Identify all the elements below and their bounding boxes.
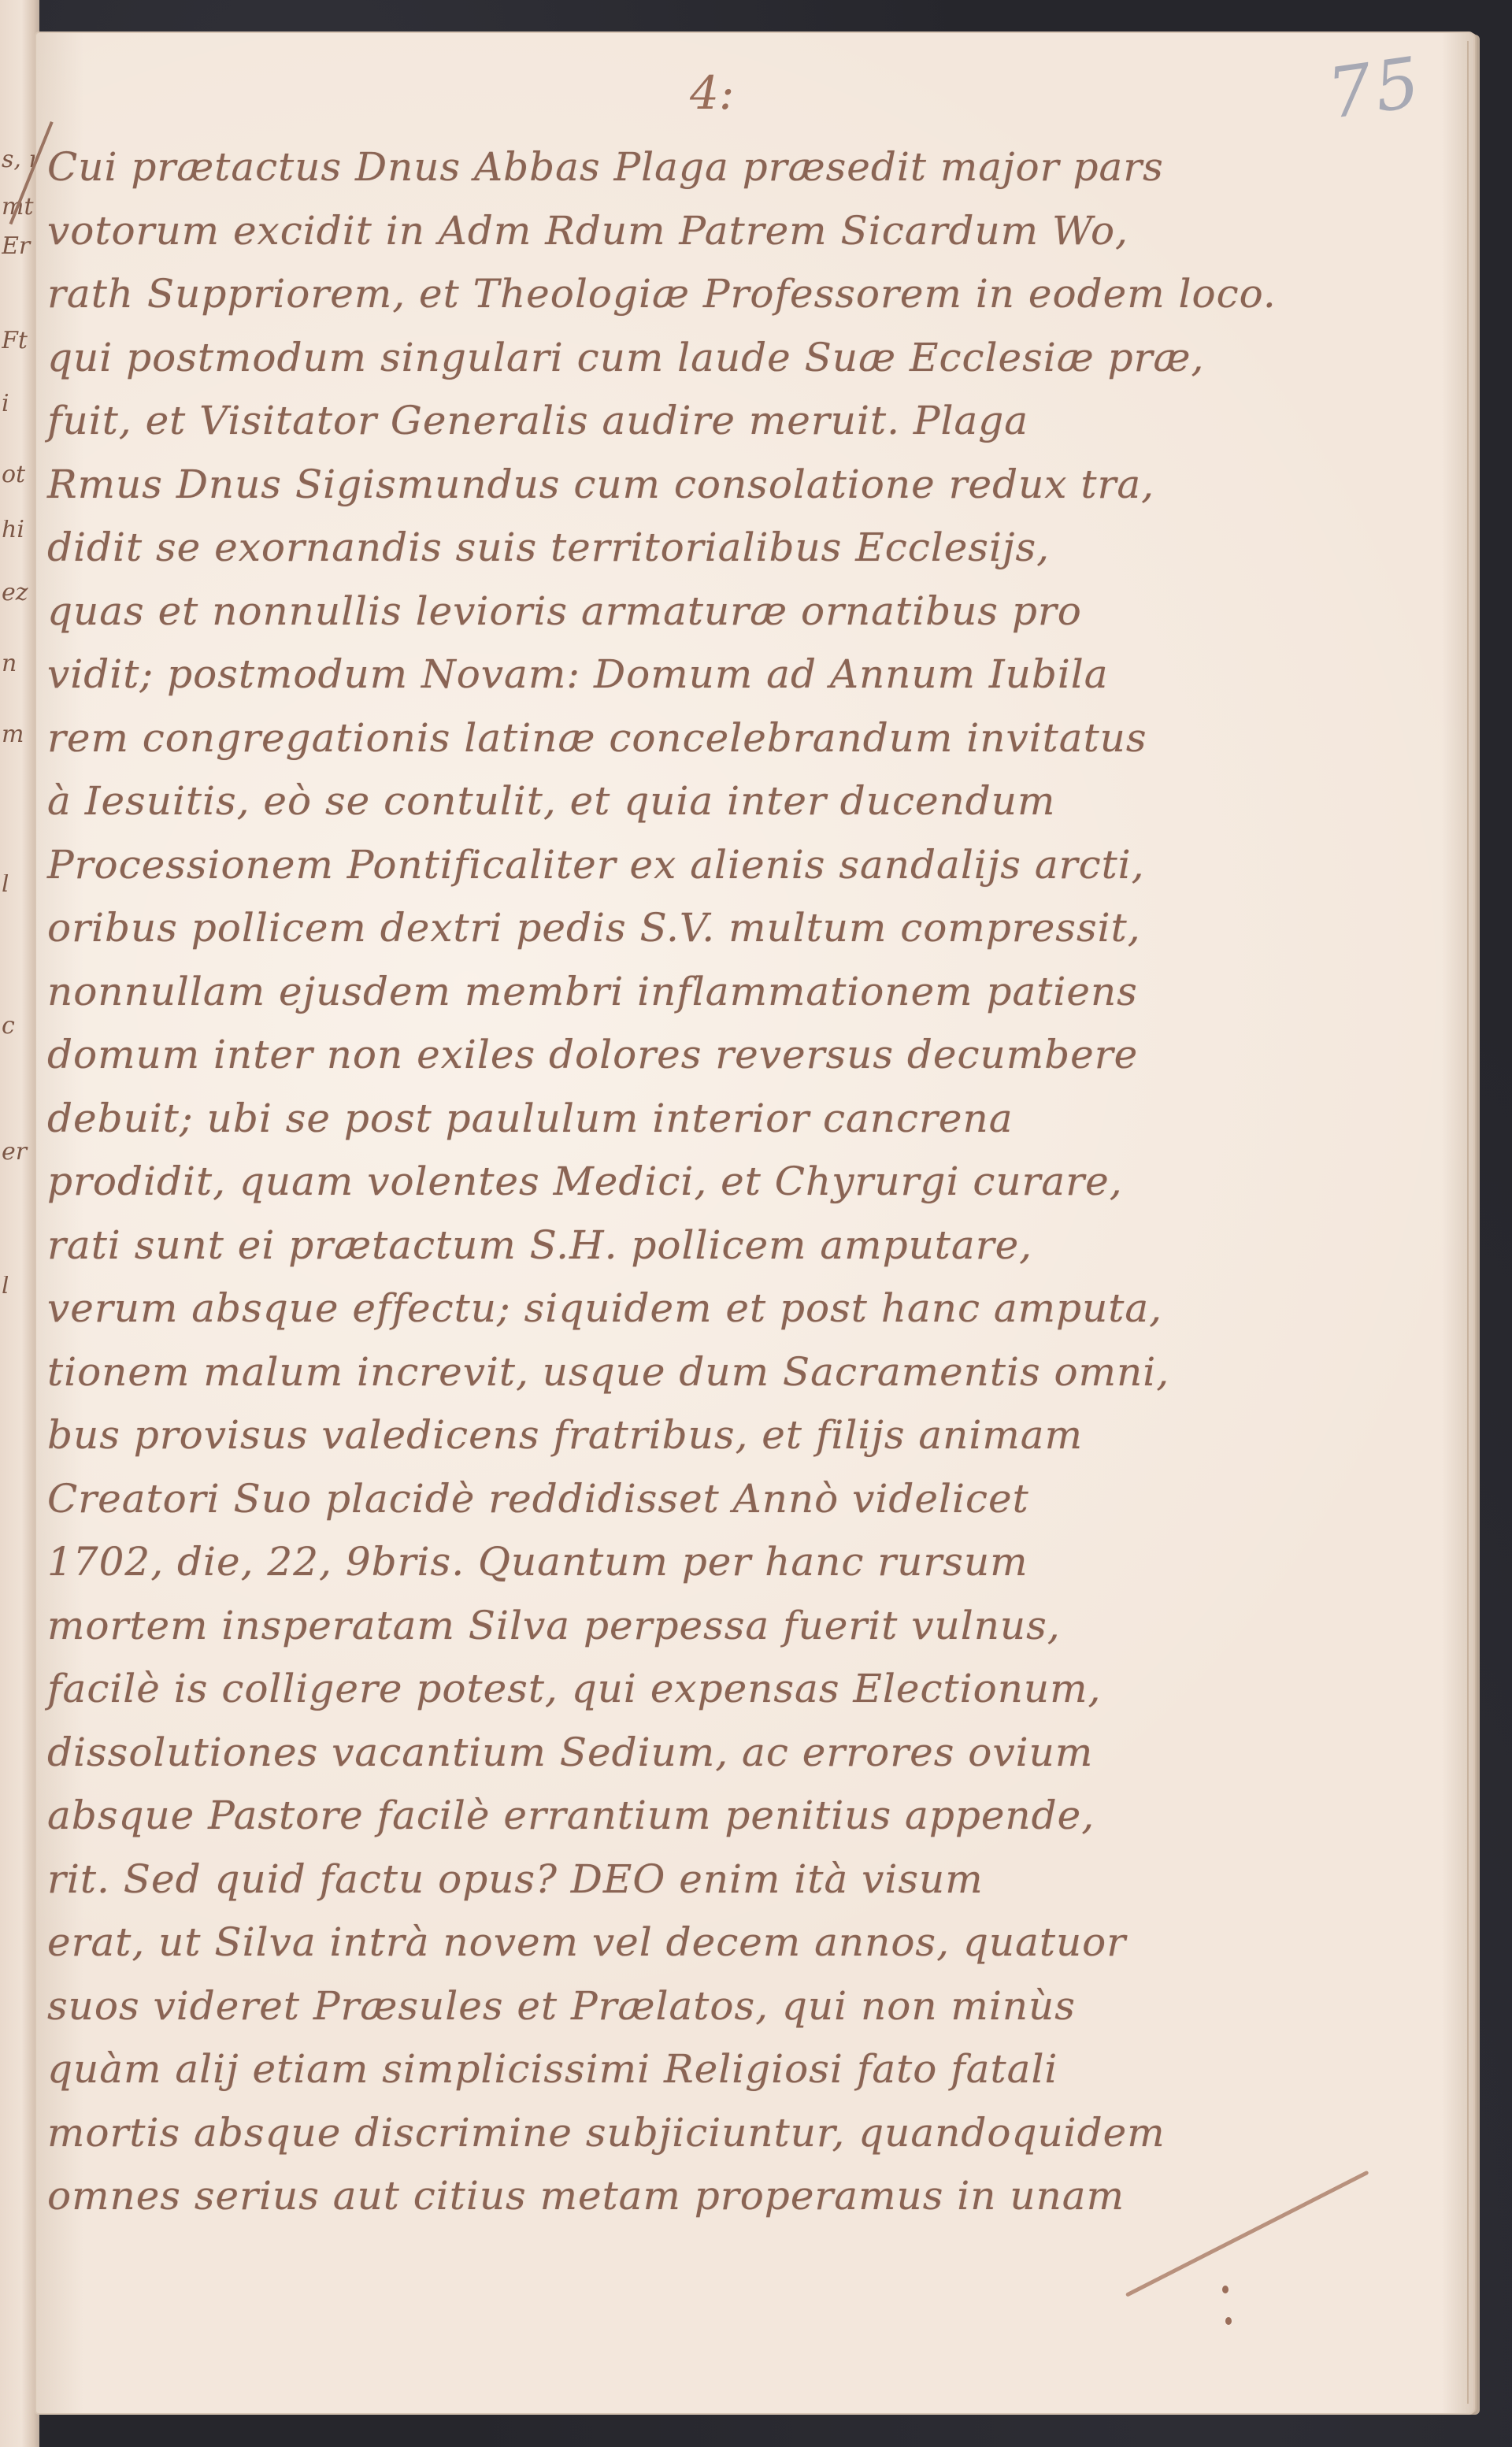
text-line: mortis absque discrimine subjiciuntur, q…: [47, 2101, 1386, 2165]
text-line: domum inter non exiles dolores reversus …: [47, 1023, 1386, 1087]
previous-page-fragment: Ft: [2, 331, 38, 351]
text-line: fuit, et Visitator Generalis audire meru…: [47, 389, 1386, 453]
text-line: mortem insperatam Silva perpessa fuerit …: [47, 1594, 1386, 1658]
text-line: 1702, die, 22, 9bris. Quantum per hanc r…: [47, 1530, 1386, 1594]
text-line: Cui prætactus Dnus Abbas Plaga præsedit …: [47, 135, 1386, 199]
text-line: Creatori Suo placidè reddidisset Annò vi…: [47, 1467, 1386, 1531]
text-line: bus provisus valedicens fratribus, et fi…: [47, 1403, 1386, 1467]
text-line: erat, ut Silva intrà novem vel decem ann…: [47, 1911, 1386, 1974]
previous-page-fragment: l: [2, 1276, 38, 1296]
text-line: didit se exornandis suis territorialibus…: [47, 516, 1386, 580]
manuscript-page: 75 4: Cui prætactus Dnus Abbas Plaga præ…: [36, 33, 1473, 2413]
text-line: oribus pollicem dextri pedis S.V. multum…: [47, 896, 1386, 960]
text-line: tionem malum increvit, usque dum Sacrame…: [47, 1340, 1386, 1404]
text-line: qui postmodum singulari cum laude Suæ Ec…: [47, 326, 1386, 390]
text-line: rath Suppriorem, et Theologiæ Professore…: [47, 262, 1386, 326]
text-line: debuit; ubi se post paululum interior ca…: [47, 1087, 1386, 1151]
text-line: nonnullam ejusdem membri inflammationem …: [47, 960, 1386, 1024]
text-line: Processionem Pontificaliter ex alienis s…: [47, 833, 1386, 897]
text-line: absque Pastore facilè errantium penitius…: [47, 1784, 1386, 1848]
previous-page-fragment: ez: [2, 583, 38, 603]
text-line: rati sunt ei prætactum S.H. pollicem amp…: [47, 1214, 1386, 1277]
text-line: vidit; postmodum Novam: Domum ad Annum I…: [47, 643, 1386, 706]
text-line: quàm alij etiam simplicissimi Religiosi …: [47, 2037, 1386, 2101]
previous-page-fragment: l: [2, 874, 38, 895]
text-line: Rmus Dnus Sigismundus cum consolatione r…: [47, 453, 1386, 517]
previous-page-fragment: Er: [2, 236, 38, 257]
text-line: quas et nonnullis levioris armaturæ orna…: [47, 580, 1386, 643]
previous-page-fragment: i: [2, 394, 38, 414]
text-line: prodidit, quam volentes Medici, et Chyru…: [47, 1150, 1386, 1214]
text-line: à Iesuitis, eò se contulit, et quia inte…: [47, 769, 1386, 833]
previous-page-fragment: c: [2, 1016, 38, 1036]
previous-page-fragment: hi: [2, 520, 38, 540]
text-line: verum absque effectu; siquidem et post h…: [47, 1277, 1386, 1340]
text-line: omnes serius aut citius metam properamus…: [47, 2164, 1386, 2228]
end-mark-dot: [1225, 2317, 1232, 2325]
text-line: dissolutiones vacantium Sedium, ac error…: [47, 1721, 1386, 1785]
previous-page-fragment: n: [2, 654, 38, 674]
text-line: suos videret Præsules et Prælatos, qui n…: [47, 1974, 1386, 2038]
folio-number: 75: [1322, 41, 1427, 135]
previous-page-edge: s, n mt Er Ft i ot hi ez n m l c er l: [0, 0, 39, 2447]
text-line: rem congregationis latinæ concelebrandum…: [47, 706, 1386, 770]
text-line: rit. Sed quid factu opus? DEO enim ità v…: [47, 1848, 1386, 1911]
manuscript-text: Cui prætactus Dnus Abbas Plaga præsedit …: [47, 135, 1386, 2228]
section-mark: 4:: [690, 66, 734, 120]
previous-page-fragment: ot: [2, 465, 38, 485]
text-line: votorum excidit in Adm Rdum Patrem Sicar…: [47, 199, 1386, 263]
previous-page-fragment: m: [2, 725, 38, 745]
end-mark-dot: [1222, 2286, 1228, 2293]
page-edge: [1467, 41, 1469, 2404]
previous-page-fragment: er: [2, 1142, 38, 1162]
text-line: facilè is colligere potest, qui expensas…: [47, 1657, 1386, 1721]
